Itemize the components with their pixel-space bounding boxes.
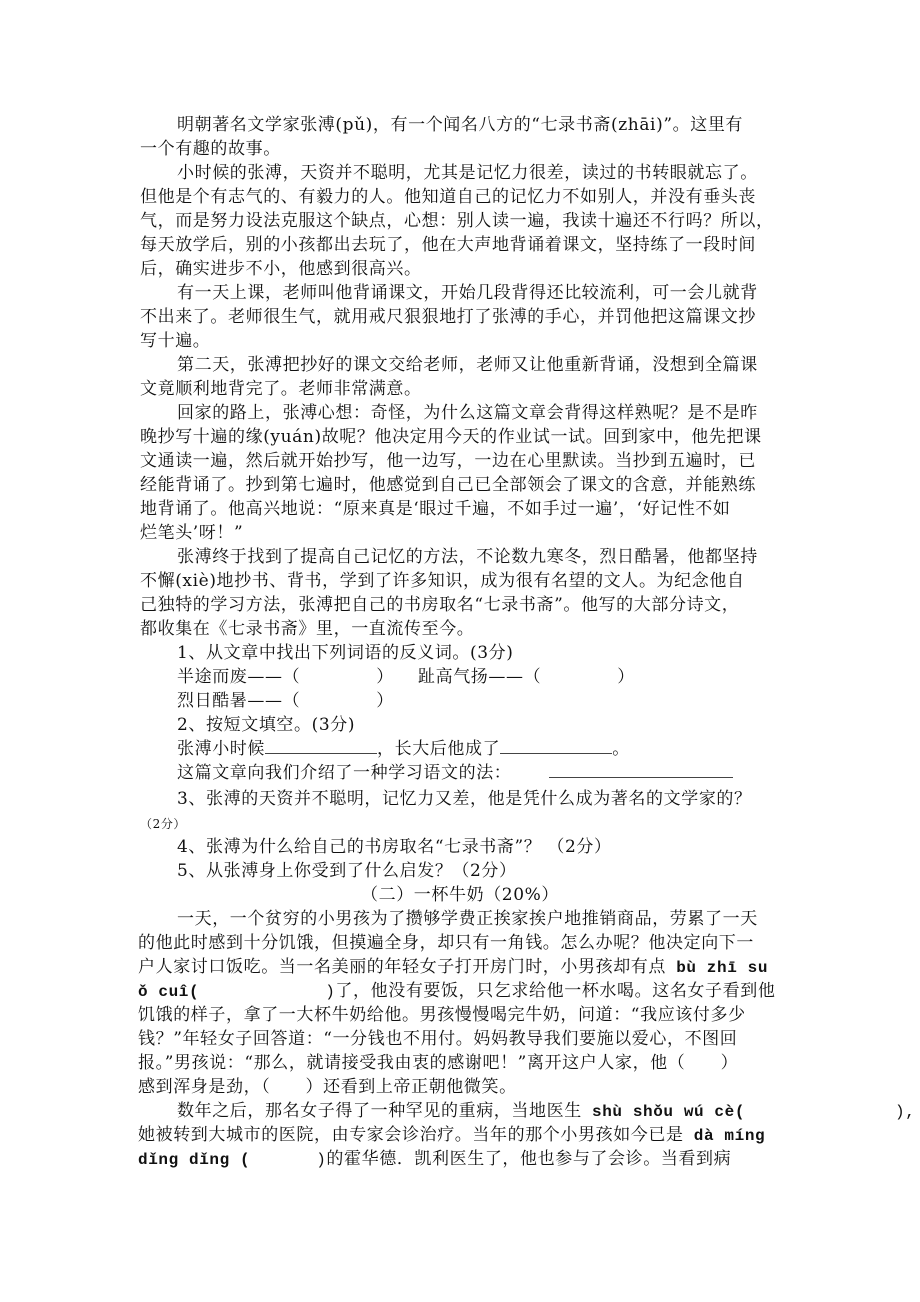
text-line: 晚抄写十遍的缘(yuán)故呢？他决定用今天的作业试一试。回到家中，他先把课 [140,425,762,449]
paren-close: ) [316,1151,326,1169]
fill-blank-2[interactable] [500,737,612,754]
question-3: 3、张溥的天资并不聪明，记忆力又差，他是凭什么成为著名的文学家的？ [177,787,752,811]
text-segment: 她被转到大城市的医院，由专家会诊治疗。当年的那个小男孩如今已是 [138,1125,684,1145]
text-line: 张溥终于找到了提高自己记忆的方法，不论数九寒冬，烈日酷暑，他都坚持 [177,545,758,569]
antonym-prompt: 趾高气扬——（ [418,667,541,687]
antonym-prompt: 烈日酷暑——（ [177,691,300,711]
text-line: 她被转到大城市的医院，由专家会诊治疗。当年的那个小男孩如今已是 dà míng [138,1123,765,1148]
question-5: 5、从张溥身上你受到了什么启发？（2分） [177,859,517,883]
text-line: 气，而是努力设法克服这个缺点，心想：别人读一遍，我读十遍还不行吗？所以， [140,209,774,233]
pinyin-prompt: shù shǒu wú cè( [582,1103,745,1121]
paren-close: ), [895,1103,915,1121]
text-line: 一个有趣的故事。 [140,137,281,161]
antonym-item-3: 烈日酷暑——（） [177,689,394,713]
paren-close: ) [325,983,335,1001]
fill-prompt: 。 [612,739,630,759]
text-line: 钱？”年轻女子回答道：“一分钱也不用付。妈妈教导我们要施以爱心，不图回 [138,1027,737,1051]
text-line: 但他是个有志气的、有毅力的人。他知道自己的记忆力不如别人，并没有垂头丧 [140,185,756,209]
fill-prompt: 这篇文章向我们介绍了一种学习语文的法： [177,763,511,783]
text-line: 小时候的张溥，天资并不聪明，尤其是记忆力很差，读过的书转眼就忘了。 [177,161,758,185]
fill-prompt: 张溥小时候 [177,739,265,759]
text-line: 己独特的学习方法，张溥把自己的书房取名“七录书斋”。他写的大部分诗文， [140,593,739,617]
text-segment: 了，他没有要饭，只乞求给他一杯水喝。这名女子看到他 [335,981,775,1001]
antonym-item-2: 趾高气扬——（） [418,665,635,689]
text-line: 烂笔头’呀！” [140,521,243,545]
antonym-prompt: 半途而废——（ [177,667,300,687]
text-line: 的他此时感到十分饥饿，但摸遍全身，却只有一角钱。怎么办呢？他决定向下一 [138,931,754,955]
text-line: ǒ cuî()了，他没有要饭，只乞求给他一杯水喝。这名女子看到他 [138,979,775,1004]
fill-blank-1[interactable] [265,737,377,754]
question-4: 4、张溥为什么给自己的书房取名“七录书斋”？ （2分） [177,835,612,859]
text-line: 文通读一遍，然后就开始抄写，他一边写，一边在心里默读。当抄到五遍时，已 [140,449,756,473]
antonym-item-1: 半途而废——（） [177,665,394,689]
text-line: 报。”男孩说：“那么，就请接受我由衷的感谢吧！”离开这户人家，他（ ） [138,1051,738,1075]
question-2: 2、按短文填空。(3分) [177,713,355,737]
pinyin-prompt: bù zhī su [666,959,768,977]
text-line: dǐng dǐng ()的霍华德．凯利医生了，他也参与了会诊。当看到病 [138,1147,731,1172]
pinyin-prompt: dǐng dǐng ( [138,1151,250,1169]
text-line: 写十遍。 [140,329,210,353]
text-line: 每天放学后，别的小孩都出去玩了，他在大声地背诵着课文，坚持练了一段时间 [140,233,756,257]
text-segment: 户人家讨口饭吃。当一名美丽的年轻女子打开房门时，小男孩却有点 [138,957,666,977]
paren-close: ） [617,667,635,687]
text-line: 都收集在《七录书斋》里，一直流传至今。 [140,617,474,641]
fill-blank-line-1: 张溥小时候，长大后他成了。 [177,737,630,761]
text-segment: 数年之后，那名女子得了一种罕见的重病，当地医生 [177,1101,582,1121]
text-line: 户人家讨口饭吃。当一名美丽的年轻女子打开房门时，小男孩却有点 bù zhī su [138,955,768,980]
text-line: 回家的路上，张溥心想：奇怪，为什么这篇文章会背得这样熟呢？是不是昨 [177,401,758,425]
text-line: 数年之后，那名女子得了一种罕见的重病，当地医生 shù shǒu wú cè()… [177,1099,915,1124]
text-line: 不懈(xiè)地抄书、背书，学到了许多知识，成为很有名望的文人。为纪念他自 [140,569,745,593]
text-line: 感到浑身是劲，（ ）还看到上帝正朝他微笑。 [138,1075,517,1099]
pinyin-prompt: dà míng [684,1127,766,1145]
text-line: 地背诵了。他高兴地说：“原来真是‘眼过千遍，不如手过一遍’，‘好记性不如 [140,497,731,521]
text-line: 经能背诵了。抄到第七遍时，他感觉到自己已全部领会了课文的含意，并能熟练 [140,473,756,497]
fill-blank-line-2: 这篇文章向我们介绍了一种学习语文的法： [177,761,733,785]
fill-blank-3[interactable] [549,761,733,778]
paren-close: ） [376,691,394,711]
text-line: 一天，一个贫穷的小男孩为了攒够学费正挨家挨户地推销商品，劳累了一天 [177,907,758,931]
text-line: 不出来了。老师很生气，就用戒尺狠狠地打了张溥的手心，并罚他把这篇课文抄 [140,305,756,329]
text-line: 第二天，张溥把抄好的课文交给老师，老师又让他重新背诵，没想到全篇课 [177,353,758,377]
pinyin-prompt: ǒ cuî( [138,983,199,1001]
text-line: 有一天上课，老师叫他背诵课文，开始几段背得还比较流利，可一会儿就背 [177,281,758,305]
fill-prompt: ，长大后他成了 [377,739,500,759]
question-3-score: （2分） [140,812,186,836]
text-line: 明朝著名文学家张溥(pǔ)，有一个闻名八方的“七录书斋(zhāi)”。这里有 [177,113,743,137]
text-line: 饥饿的样子，拿了一大杯牛奶给他。男孩慢慢喝完牛奶，问道：“我应该付多少 [138,1003,746,1027]
text-segment: 的霍华德．凯利医生了，他也参与了会诊。当看到病 [326,1149,731,1169]
question-1: 1、从文章中找出下列词语的反义词。(3分) [177,641,514,665]
document-page: 明朝著名文学家张溥(pǔ)，有一个闻名八方的“七录书斋(zhāi)”。这里有 一… [0,0,920,1302]
text-line: 后，确实进步不小，他感到很高兴。 [140,257,422,281]
section-2-title: （二）一杯牛奶（20%） [0,883,920,907]
paren-close: ） [376,667,394,687]
text-line: 文竟顺利地背完了。老师非常满意。 [140,377,422,401]
